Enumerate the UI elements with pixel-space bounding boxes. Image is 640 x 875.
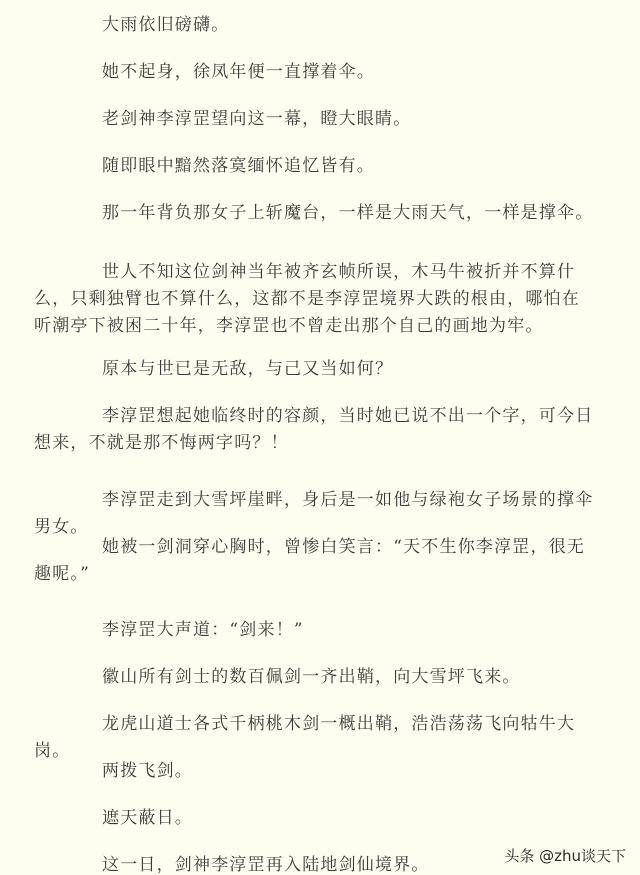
document-page: 大雨依旧磅礴。 她不起身，徐凤年便一直撑着伞。 老剑神李淳罡望向这一幕，瞪大眼睛… [0,0,640,875]
paragraph: 她被一剑洞穿心胸时，曾惨白笑言：“天不生你李淳罡，很无趣呢。” [34,534,594,588]
paragraph: 老剑神李淳罡望向这一幕，瞪大眼睛。 [34,106,594,133]
paragraph: 李淳罡大声道：“剑来！” [34,617,594,644]
watermark: 头条 @zhu谈天下 [504,845,626,866]
paragraph: 两拨飞剑。 [34,758,594,785]
paragraph: 大雨依旧磅礴。 [34,12,594,39]
paragraph: 徽山所有剑士的数百佩剑一齐出鞘，向大雪坪飞来。 [34,664,594,691]
paragraph: 原本与世已是无敌，与己又当如何？ [34,356,594,383]
paragraph: 世人不知这位剑神当年被齐玄帧所误，木马牛被折并不算什么，只剩独臂也不算什么，这都… [34,259,594,340]
paragraph: 李淳罡走到大雪坪崖畔，身后是一如他与绿袍女子场景的撑伞男女。 [34,487,594,541]
paragraph: 随即眼中黯然落寞缅怀追忆皆有。 [34,153,594,180]
paragraph: 那一年背负那女子上斩魔台，一样是大雨天气，一样是撑伞。 [34,200,594,227]
paragraph: 遮天蔽日。 [34,805,594,832]
paragraph: 李淳罡想起她临终时的容颜，当时她已说不出一个字，可今日想来，不就是那不悔两字吗？… [34,403,594,457]
paragraph: 她不起身，徐凤年便一直撑着伞。 [34,59,594,86]
paragraph: 龙虎山道士各式千柄桃木剑一概出鞘，浩浩荡荡飞向牯牛大岗。 [34,711,594,765]
